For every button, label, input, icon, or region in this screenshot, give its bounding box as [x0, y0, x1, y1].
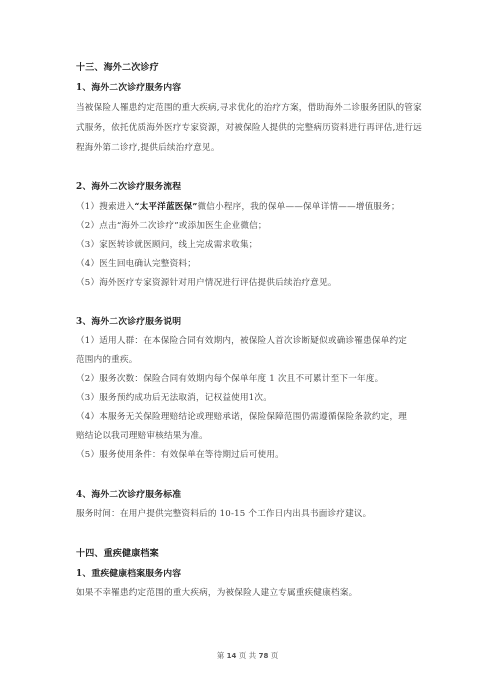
- standard-line: 服务时间：在用户提供完整资料后的 10-15 个工作日内出具书面诊疗建议。: [76, 508, 371, 520]
- note-line: （3）服务预约成功后无法取消，记权益使用1次。: [76, 392, 272, 404]
- process-step-5: （5）海外医疗专家资源针对用户情况进行评估提供后续治疗意见。: [76, 277, 337, 289]
- step-prefix: （1）搜索进入: [76, 202, 134, 212]
- page-footer: 第 14 页 共 78 页: [0, 650, 495, 661]
- paragraph-line: 当被保险人罹患约定范围的重大疾病,寻求优化的治疗方案，借助海外二诊服务团队的管家: [76, 102, 422, 114]
- note-line: （2）服务次数：保险合同有效期内每个保单年度 1 次且不可累计至下一年度。: [76, 373, 383, 385]
- footer-suffix: 页: [271, 651, 279, 660]
- footer-prefix: 第: [217, 651, 225, 660]
- paragraph-line: 程海外第二诊疗,提供后续治疗意见。: [76, 142, 220, 154]
- process-step-3: （3）家医转诊就医顾问，线上完成需求收集；: [76, 239, 258, 251]
- footer-middle: 页 共: [239, 651, 256, 660]
- total-page-count: 78: [259, 652, 269, 660]
- section-13-2-heading: 2、海外二次诊疗服务流程: [76, 181, 181, 193]
- paragraph-line: 如果不幸罹患约定范围的重大疾病，为被保险人建立专属重疾健康档案。: [76, 587, 357, 599]
- section-13-4-heading: 4、海外二次诊疗服务标准: [76, 489, 181, 501]
- app-name: “太平洋蓝医保”: [134, 202, 197, 212]
- step-suffix: 微信小程序，我的保单——保单详情——增值服务；: [198, 202, 400, 212]
- process-step-1: （1）搜索进入“太平洋蓝医保”微信小程序，我的保单——保单详情——增值服务；: [76, 201, 400, 213]
- section-14-heading: 十四、重疾健康档案: [76, 548, 159, 560]
- process-step-2: （2）点击“海外二次诊疗”或添加医生企业微信；: [76, 220, 267, 232]
- process-step-4: （4）医生回电确认完整资料；: [76, 258, 196, 270]
- note-line: 赔结论以我司理赔审核结果为准。: [76, 430, 208, 442]
- document-page: 十三、海外二次诊疗 1、海外二次诊疗服务内容 当被保险人罹患约定范围的重大疾病,…: [0, 0, 495, 700]
- section-13-heading: 十三、海外二次诊疗: [76, 62, 159, 74]
- section-13-3-heading: 3、海外二次诊疗服务说明: [76, 316, 181, 328]
- note-line: （1）适用人群：在本保险合同有效期内，被保险人首次诊断疑似或确诊罹患保单约定: [76, 335, 407, 347]
- note-line: （5）服务使用条件：有效保单在等待期过后可使用。: [76, 449, 284, 461]
- section-14-1-heading: 1、重疾健康档案服务内容: [76, 568, 181, 580]
- section-13-1-heading: 1、海外二次诊疗服务内容: [76, 82, 181, 94]
- paragraph-line: 式服务，依托优质海外医疗专家资源，对被保险人提供的完整病历资料进行再评估,进行远: [76, 122, 422, 134]
- current-page-number: 14: [227, 652, 237, 660]
- note-line: （4）本服务无关保险理赔结论或理赔承诺，保险保障范围仍需遵循保险条款约定，理: [76, 411, 407, 423]
- note-line: 范围内的重疾。: [76, 354, 138, 366]
